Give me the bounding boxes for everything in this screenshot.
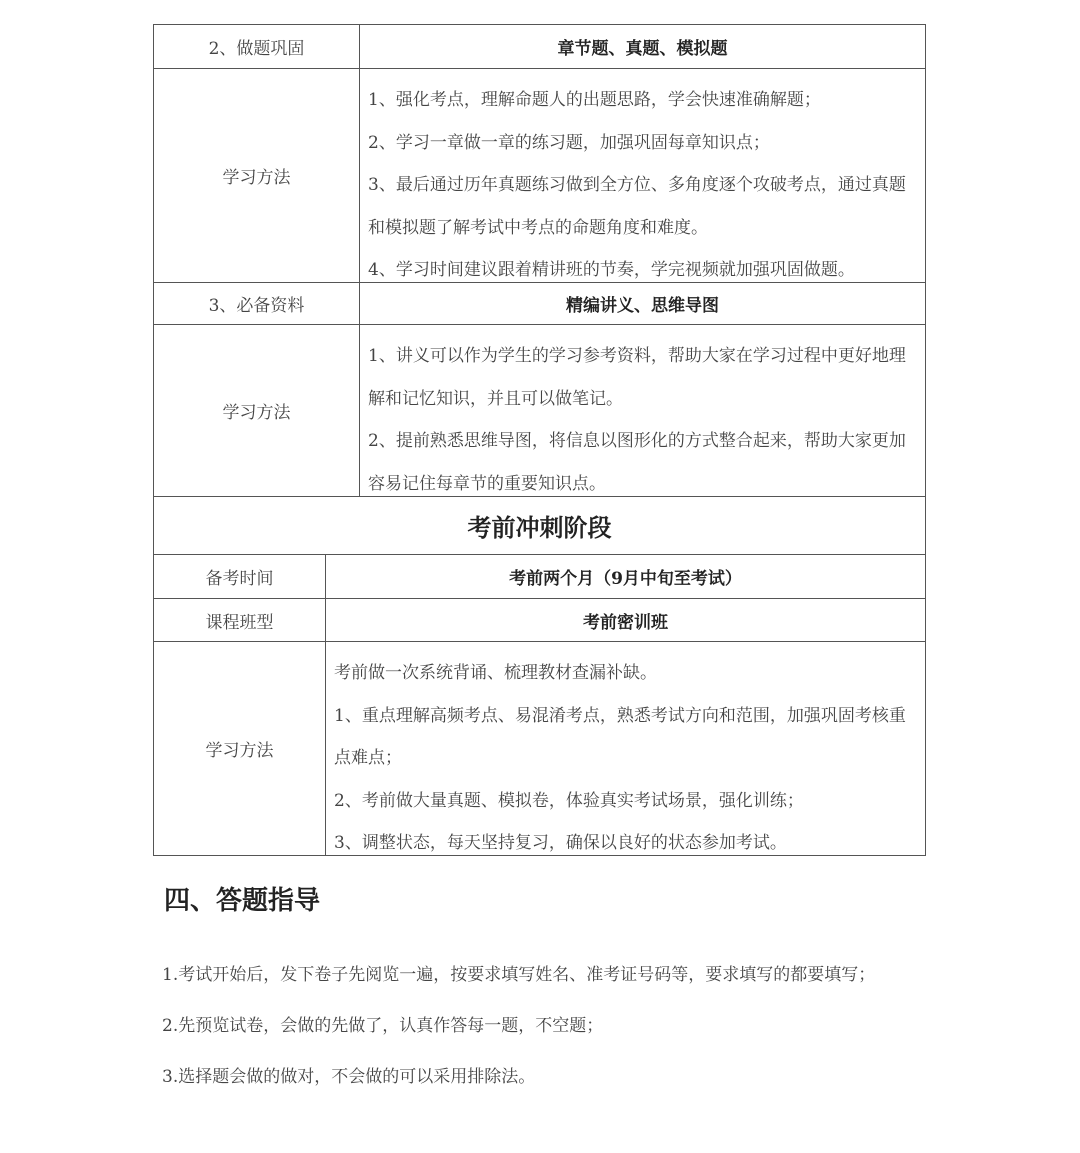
table-row: 学习方法 考前做一次系统背诵、梳理教材查漏补缺。 1、重点理解高频考点、易混淆考…: [154, 642, 925, 855]
method-line: 3、调整状态，每天坚持复习，确保以良好的状态参加考试。: [334, 822, 917, 865]
section-heading: 四、答题指导: [164, 880, 320, 917]
row-label: 学习方法: [154, 642, 326, 855]
method-line: 1、重点理解高频考点、易混淆考点，熟悉考试方向和范围，加强巩固考核重点难点；: [334, 695, 917, 780]
row-label: 2、做题巩固: [154, 25, 360, 68]
table-row: 3、必备资料 精编讲义、思维导图: [154, 283, 925, 325]
row-value: 章节题、真题、模拟题: [360, 25, 925, 68]
method-line: 1、强化考点，理解命题人的出题思路，学会快速准确解题；: [368, 79, 917, 122]
method-text: 1、讲义可以作为学生的学习参考资料，帮助大家在学习过程中更好地理解和记忆知识，并…: [360, 325, 925, 496]
guide-item: 2.先预览试卷，会做的先做了，认真作答每一题，不空题；: [162, 1001, 922, 1052]
stage-title: 考前冲刺阶段: [154, 497, 925, 555]
guide-list: 1.考试开始后，发下卷子先阅览一遍，按要求填写姓名、准考证号码等，要求填写的都要…: [162, 950, 922, 1103]
row-label: 备考时间: [154, 555, 326, 598]
table-row: 学习方法 1、强化考点，理解命题人的出题思路，学会快速准确解题； 2、学习一章做…: [154, 69, 925, 283]
row-label: 课程班型: [154, 599, 326, 641]
row-label: 学习方法: [154, 69, 360, 282]
method-line: 2、学习一章做一章的练习题，加强巩固每章知识点；: [368, 122, 917, 165]
table-row: 学习方法 1、讲义可以作为学生的学习参考资料，帮助大家在学习过程中更好地理解和记…: [154, 325, 925, 497]
method-line: 考前做一次系统背诵、梳理教材查漏补缺。: [334, 652, 917, 695]
row-value: 精编讲义、思维导图: [360, 283, 925, 324]
method-line: 2、提前熟悉思维导图，将信息以图形化的方式整合起来，帮助大家更加容易记住每章节的…: [368, 420, 917, 505]
table-row: 课程班型 考前密训班: [154, 599, 925, 642]
method-line: 1、讲义可以作为学生的学习参考资料，帮助大家在学习过程中更好地理解和记忆知识，并…: [368, 335, 917, 420]
table-row: 2、做题巩固 章节题、真题、模拟题: [154, 25, 925, 69]
guide-item: 3.选择题会做的做对，不会做的可以采用排除法。: [162, 1052, 922, 1103]
row-label: 学习方法: [154, 325, 360, 496]
study-plan-table: 2、做题巩固 章节题、真题、模拟题 学习方法 1、强化考点，理解命题人的出题思路…: [153, 24, 926, 856]
method-line: 3、最后通过历年真题练习做到全方位、多角度逐个攻破考点，通过真题和模拟题了解考试…: [368, 164, 917, 249]
method-text: 1、强化考点，理解命题人的出题思路，学会快速准确解题； 2、学习一章做一章的练习…: [360, 69, 925, 282]
row-label: 3、必备资料: [154, 283, 360, 324]
table-row: 备考时间 考前两个月（9月中旬至考试）: [154, 555, 925, 599]
row-value: 考前密训班: [326, 599, 925, 641]
row-value: 考前两个月（9月中旬至考试）: [326, 555, 925, 598]
method-line: 2、考前做大量真题、模拟卷，体验真实考试场景，强化训练；: [334, 780, 917, 823]
method-text: 考前做一次系统背诵、梳理教材查漏补缺。 1、重点理解高频考点、易混淆考点，熟悉考…: [326, 642, 925, 855]
guide-item: 1.考试开始后，发下卷子先阅览一遍，按要求填写姓名、准考证号码等，要求填写的都要…: [162, 950, 922, 1001]
